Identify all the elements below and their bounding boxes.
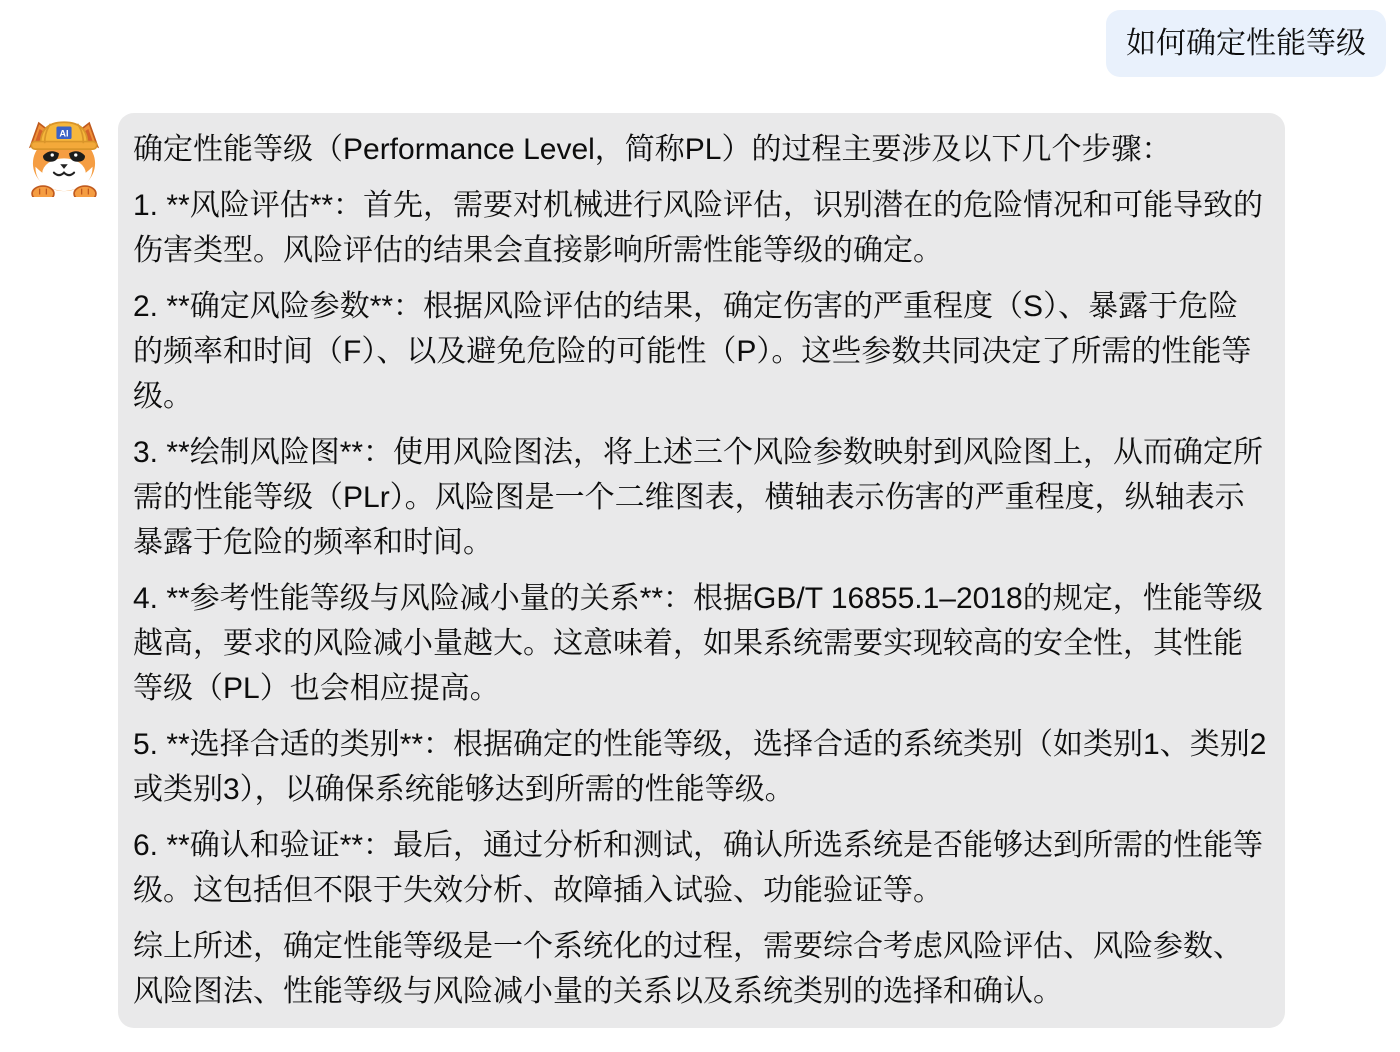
- assistant-message-row: AI 确定性能等级（Performance Level，简称PL）的过程主要涉及…: [0, 113, 1400, 1028]
- assistant-message-bubble: 确定性能等级（Performance Level，简称PL）的过程主要涉及以下几…: [118, 113, 1285, 1028]
- assistant-paragraph: 1. **风险评估**：首先，需要对机械进行风险评估，识别潜在的危险情况和可能导…: [133, 183, 1268, 273]
- assistant-paragraph: 6. **确认和验证**：最后，通过分析和测试，确认所选系统是否能够达到所需的性…: [133, 823, 1268, 913]
- user-message-row: 如何确定性能等级: [0, 0, 1400, 77]
- user-message-bubble: 如何确定性能等级: [1106, 10, 1386, 77]
- assistant-paragraph: 5. **选择合适的类别**：根据确定的性能等级，选择合适的系统类别（如类别1、…: [133, 722, 1268, 812]
- assistant-avatar: AI: [22, 113, 106, 197]
- assistant-paragraph: 综上所述，确定性能等级是一个系统化的过程，需要综合考虑风险评估、风险参数、风险图…: [133, 924, 1268, 1014]
- chat-thread: 如何确定性能等级: [0, 0, 1400, 1052]
- user-message-text: 如何确定性能等级: [1126, 27, 1366, 60]
- dog-hardhat-avatar-icon: AI: [22, 113, 106, 197]
- assistant-paragraph: 3. **绘制风险图**：使用风险图法，将上述三个风险参数映射到风险图上，从而确…: [133, 430, 1268, 565]
- avatar-ai-badge: AI: [59, 129, 68, 139]
- assistant-paragraph: 确定性能等级（Performance Level，简称PL）的过程主要涉及以下几…: [133, 127, 1268, 172]
- assistant-paragraph: 2. **确定风险参数**：根据风险评估的结果，确定伤害的严重程度（S）、暴露于…: [133, 284, 1268, 419]
- assistant-paragraph: 4. **参考性能等级与风险减小量的关系**：根据GB/T 16855.1–20…: [133, 576, 1268, 711]
